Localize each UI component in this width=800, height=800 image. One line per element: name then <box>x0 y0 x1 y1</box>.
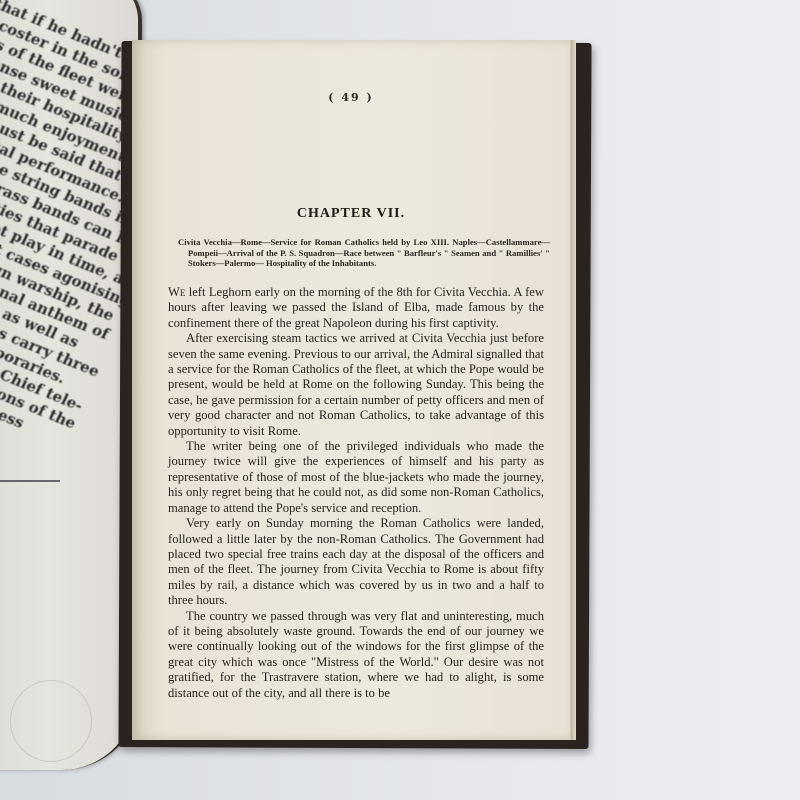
left-page-rule <box>0 480 60 482</box>
library-stamp <box>10 680 92 762</box>
dropcap: We <box>168 285 185 299</box>
paragraph: The writer being one of the privileged i… <box>168 439 544 516</box>
paragraph: After exercising steam tactics we arrive… <box>168 331 544 439</box>
chapter-title: CHAPTER VII. <box>132 206 570 222</box>
body-text: We left Leghorn early on the morning of … <box>168 285 544 701</box>
paragraph: We left Leghorn early on the morning of … <box>168 285 544 331</box>
page-edges <box>571 40 576 740</box>
chapter-synopsis: Civita Vecchia—Rome—Service for Roman Ca… <box>178 237 550 269</box>
paragraph: The country we passed through was very f… <box>168 609 544 701</box>
paragraph: Very early on Sunday morning the Roman C… <box>168 516 544 608</box>
page-number: ( 49 ) <box>132 91 570 104</box>
right-page: ( 49 ) CHAPTER VII. Civita Vecchia—Rome—… <box>132 40 573 740</box>
